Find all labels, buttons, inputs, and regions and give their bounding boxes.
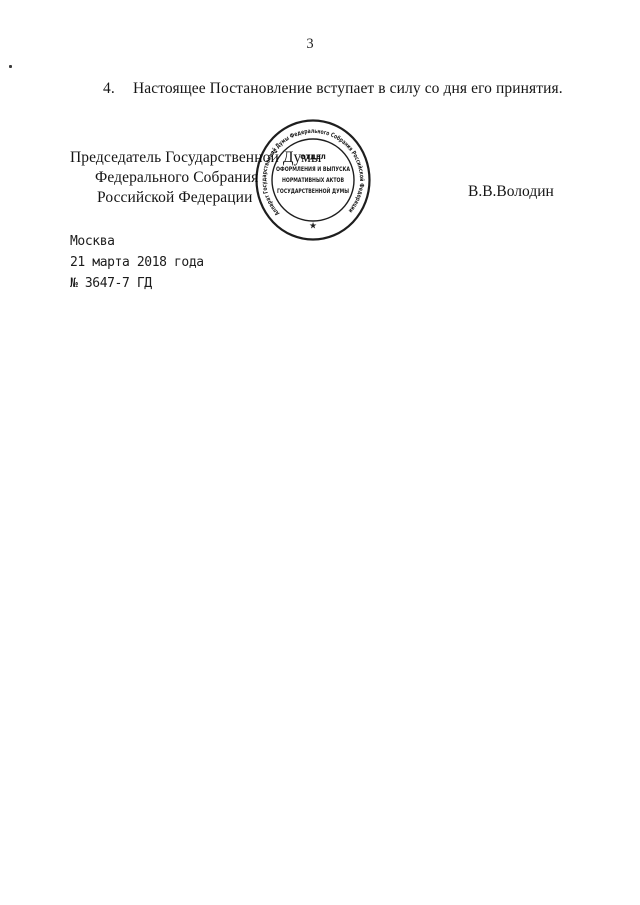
clause-text: Настоящее Постановление вступает в силу … <box>133 80 563 97</box>
official-stamp-seal: Аппарат Государственной Думы Федеральног… <box>251 115 375 245</box>
signature-title-line-3: Российской Федерации <box>97 189 252 207</box>
scan-artifact-dot <box>9 65 12 68</box>
stamp-center-line-4: ГОСУДАРСТВЕННОЙ ДУМЫ <box>277 186 349 195</box>
document-page: 3 4.Настоящее Постановление вступает в с… <box>0 0 640 905</box>
footer-block: Москва 21 марта 2018 года № 3647-7 ГД <box>70 231 204 294</box>
signature-title-line-2: Федерального Собрания <box>95 169 258 187</box>
stamp-center-line-2: ОФОРМЛЕНИЯ И ВЫПУСКА <box>276 166 350 173</box>
clause-paragraph: 4.Настоящее Постановление вступает в сил… <box>103 80 583 98</box>
stamp-center-line-1: ОТДЕЛ <box>300 153 326 161</box>
footer-city: Москва <box>70 231 204 252</box>
signer-name: В.В.Володин <box>468 183 554 201</box>
page-number: 3 <box>0 36 620 53</box>
stamp-star-icon: ★ <box>309 222 317 232</box>
footer-date: 21 марта 2018 года <box>70 252 204 273</box>
clause-number: 4. <box>103 80 133 98</box>
stamp-center-line-3: НОРМАТИВНЫХ АКТОВ <box>282 177 344 184</box>
footer-doc-number: № 3647-7 ГД <box>70 273 204 294</box>
